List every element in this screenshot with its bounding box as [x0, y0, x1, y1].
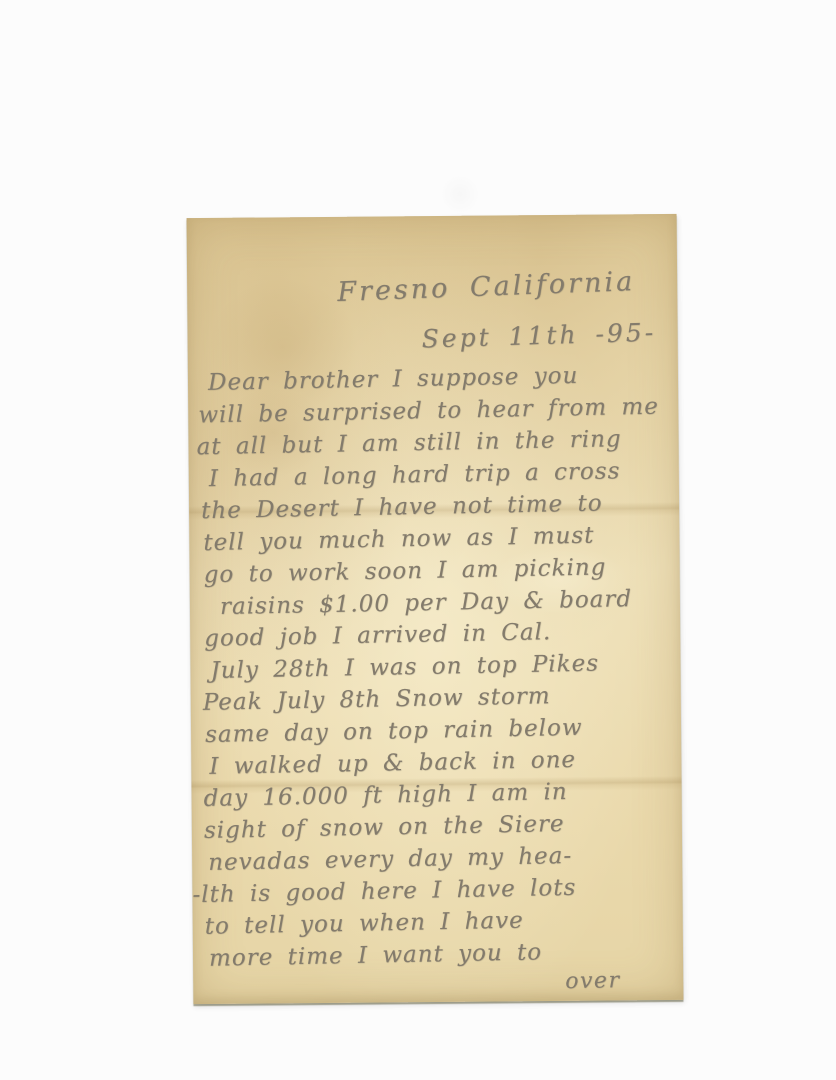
letter-line-12: same day on top rain below [205, 715, 583, 748]
heading-date: Sept 11th -95- [421, 318, 656, 354]
letter-line-9: good job I arrived in Cal. [204, 619, 551, 652]
letter-line-16: nevadas every day my hea- [208, 843, 572, 876]
scan-background: Fresno California Sept 11th -95- Dear br… [0, 0, 836, 1080]
letter-line-15: sight of snow on the Siere [204, 811, 565, 844]
heading-place: Fresno California [337, 266, 636, 308]
letter-line-11: Peak July 8th Snow storm [203, 683, 551, 716]
letter-line-2: will be surprised to hear from me [198, 394, 659, 429]
letter-line-18: to tell you when I have [205, 908, 524, 940]
letter-paper: Fresno California Sept 11th -95- Dear br… [187, 214, 684, 1004]
letter-line-8: raisins $1.00 per Day & board [220, 586, 633, 620]
letter-line-17: -lth is good here I have lots [192, 875, 576, 908]
letter-line-6: tell you much now as I must [203, 523, 594, 557]
letter-line-19: more time I want you to [209, 939, 543, 971]
letter-line-3: at all but I am still in the ring [196, 426, 622, 460]
letter-line-13: I walked up & back in one [209, 747, 576, 780]
letter-line-1: Dear brother I suppose you [208, 363, 579, 396]
letter-line-7: go to work soon I am picking [203, 554, 606, 588]
letter-line-5: the Desert I have not time to [201, 490, 603, 524]
letter-line-4: I had a long hard trip a cross [209, 458, 621, 492]
letter-line-14: day 16.000 ft high I am in [203, 779, 567, 812]
letter-line-10: July 28th I was on top Pikes [210, 651, 599, 684]
paper-stain [207, 277, 358, 418]
page-turn-note: over [565, 968, 621, 994]
